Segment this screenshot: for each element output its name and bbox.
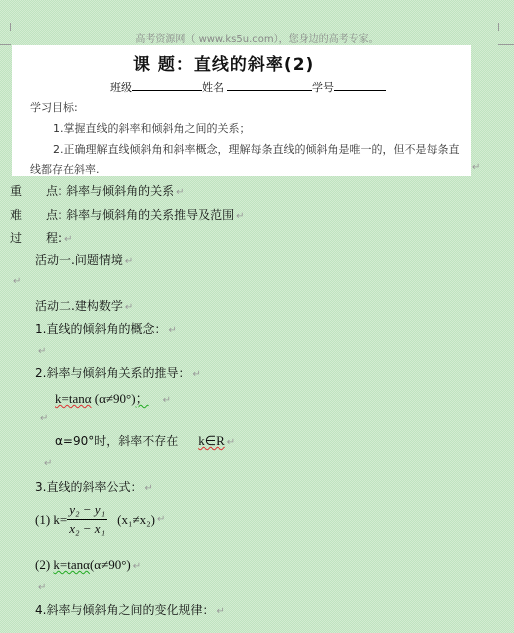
activity-1: 活动一.问题情境↵ [35,251,133,268]
paragraph-mark: ↵ [472,162,480,173]
item-3: 3.直线的斜率公式：↵ [35,478,153,495]
formula-tan: k=tanα (α≠90°)；↵ [55,388,171,407]
class-label: 班级 [110,81,132,94]
difficulty-text: 斜率与倾斜角的关系推导及范围 [66,208,234,222]
goal-item: 2.正确理解直线倾斜角和斜率概念，理解每条直线的倾斜角是唯一的，但不是每条直 [53,141,460,157]
paragraph-mark: ↵ [40,413,48,424]
difficulty-line: 难点:斜率与倾斜角的关系推导及范围↵ [10,206,244,223]
goals-heading: 学习目标: [30,99,78,115]
formula-undefined: α=90°时，斜率不存在k∈R↵ [55,432,235,449]
item-4: 4.斜率与倾斜角之间的变化规律：↵ [35,601,225,618]
name-field[interactable] [227,80,312,91]
header-watermark: 高考资源网（ www.ks5u.com），您身边的高考专家。 [0,30,514,45]
paragraph-mark: ↵ [44,458,52,469]
slope-fraction: y₂ − y₁ x₂ − x₁ [67,502,107,537]
page-title: 课 题：直线的斜率(2) [133,50,314,75]
number-field[interactable] [334,80,386,91]
item-1: 1.直线的倾斜角的概念：↵ [35,320,177,337]
key-point-line: 重点:斜率与倾斜角的关系↵ [10,182,184,199]
paragraph-mark: ↵ [13,276,21,287]
student-info-line: 班级姓名学号 [110,79,386,95]
tan-formula: (2) k=tanα(α≠90°)↵ [35,557,141,573]
key-point-text: 斜率与倾斜角的关系 [66,184,174,198]
process-line: 过程:↵ [10,229,72,246]
slope-formula: (1) k= y₂ − y₁ x₂ − x₁ (x₁≠x₂)↵ [35,502,165,537]
goal-item: 线都存在斜率. [30,161,100,177]
number-label: 学号 [312,81,334,94]
activity-2: 活动二.建构数学↵ [35,297,133,314]
goal-item: 1.掌握直线的斜率和倾斜角之间的关系； [53,120,251,136]
paragraph-mark: ↵ [38,346,46,357]
class-field[interactable] [132,80,202,91]
name-label: 姓名 [202,81,224,94]
item-2: 2.斜率与倾斜角关系的推导：↵ [35,364,201,381]
paragraph-mark: ↵ [38,582,46,593]
